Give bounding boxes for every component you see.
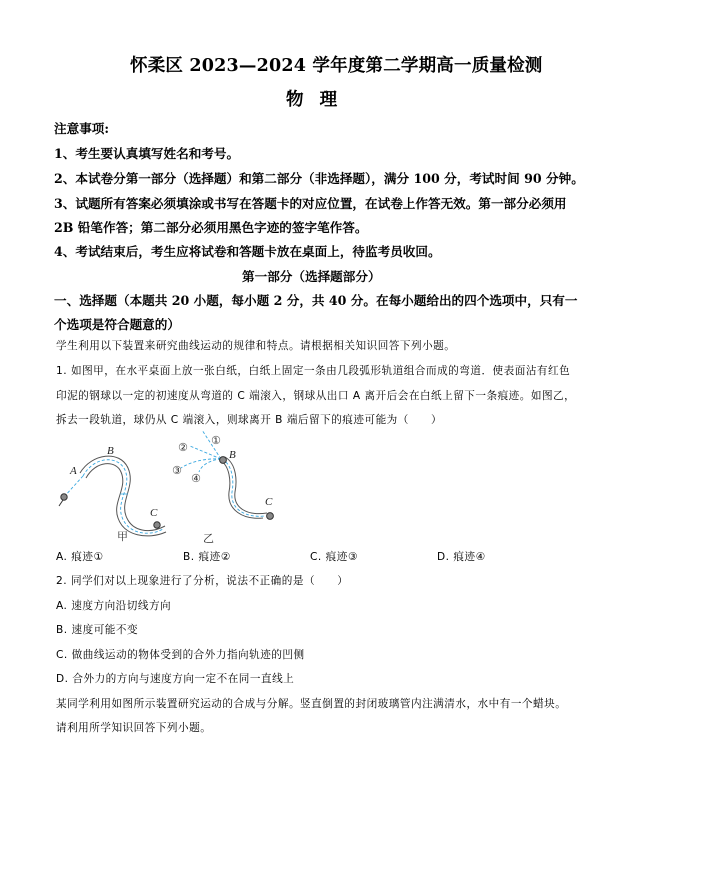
exam-title: 怀柔区 2023—2024 学年度第二学期高一质量检测 [130,52,543,77]
figure-yi: ① ② ③ ④ B C 乙 [165,430,295,545]
scenario-intro: 某同学利用如图所示装置研究运动的合成与分解。竖直倒置的封闭玻璃管内注满清水，水中… [56,696,566,711]
option-a: A. 痕迹① [56,549,103,564]
figure-jia: A B C 甲 [50,438,175,543]
trace-label-1: ① [211,434,221,447]
notice-item: 2、本试卷分第一部分（选择题）和第二部分（非选择题），满分 100 分，考试时间… [54,168,584,187]
subject-title: 物 理 [286,86,337,111]
question-stem: 1. 如图甲，在水平桌面上放一张白纸，白纸上固定一条由几段弧形轨道组合而成的弯道… [56,363,570,378]
question-stem: 2. 同学们对以上现象进行了分析，说法不正确的是（ ） [56,573,348,588]
figure-caption-jia: 甲 [117,528,128,544]
point-label-b: B [107,445,114,457]
option-b: B. 速度可能不变 [56,622,138,637]
trace-label-3: ③ [172,464,182,477]
option-c: C. 做曲线运动的物体受到的合外力指向轨迹的凹侧 [56,647,305,662]
notice-item: 2B 铅笔作答；第二部分必须用黑色字迹的签字笔作答。 [54,217,367,236]
option-a: A. 速度方向沿切线方向 [56,598,171,613]
point-label-c: C [150,507,157,519]
point-label-c: C [265,496,272,508]
question-stem: 印泥的钢球以一定的初速度从弯道的 C 端滚入，钢球从出口 A 离开后会在白纸上留… [56,388,575,403]
scenario-intro: 学生利用以下装置来研究曲线运动的规律和特点。请根据相关知识回答下列小题。 [56,338,455,353]
trace-label-4: ④ [191,472,201,485]
notice-item: 1、考生要认真填写姓名和考号。 [54,143,239,162]
section-instruction: 个选项是符合题意的） [54,314,180,333]
question-stem: 拆去一段轨道，球仍从 C 端滚入，则球离开 B 端后留下的痕迹可能为（ ） [56,412,442,427]
notice-item: 4、考试结束后，考生应将试卷和答题卡放在桌面上，待监考员收回。 [54,241,441,260]
option-d: D. 合外力的方向与速度方向一定不在同一直线上 [56,671,294,686]
notice-item: 3、试题所有答案必须填涂或书写在答题卡的对应位置，在试卷上作答无效。第一部分必须… [54,193,567,212]
option-c: C. 痕迹③ [310,549,358,564]
scenario-intro: 请利用所学知识回答下列小题。 [56,720,211,735]
option-d: D. 痕迹④ [437,549,486,564]
part-heading: 第一部分（选择题部分） [242,266,381,285]
trace-label-2: ② [178,441,188,454]
figure-caption-yi: 乙 [203,530,214,546]
point-label-b: B [229,449,236,461]
notice-heading: 注意事项: [54,118,109,137]
option-b: B. 痕迹② [183,549,231,564]
point-label-a: A [70,465,77,477]
section-instruction: 一、选择题（本题共 20 小题，每小题 2 分，共 40 分。在每小题给出的四个… [54,290,578,309]
